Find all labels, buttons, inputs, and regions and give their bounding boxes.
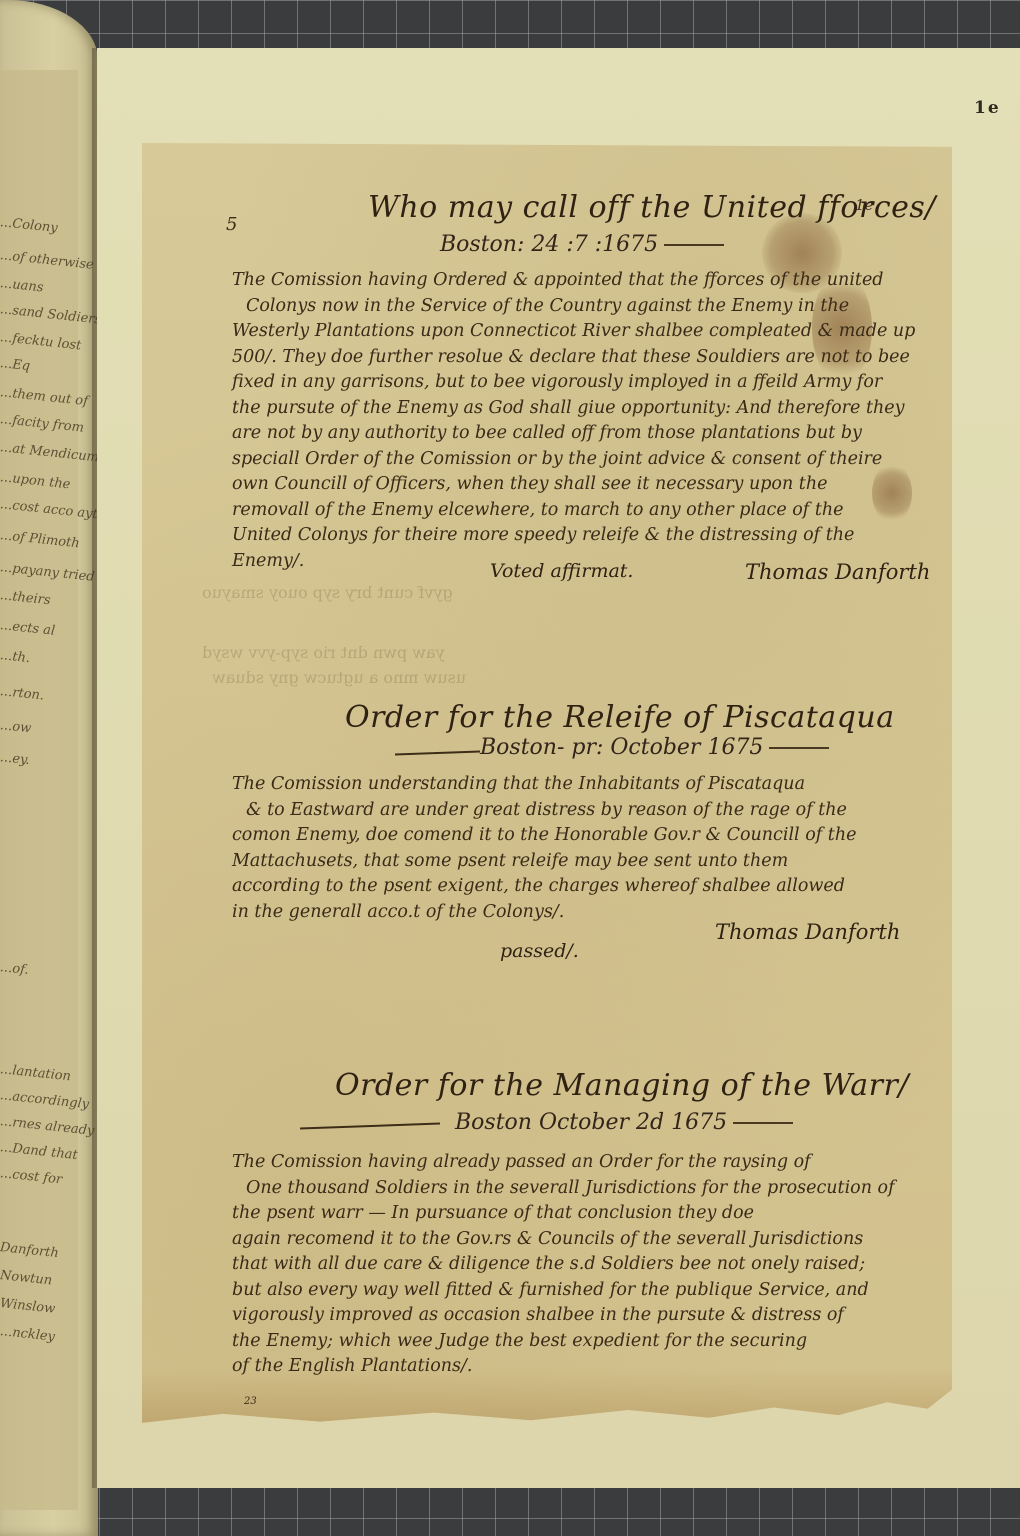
- body-line: The Comission having already passed an O…: [232, 1150, 895, 1176]
- section-2-title: Order for the Releife of Piscataqua: [345, 700, 895, 735]
- bleed-through-text: yaw pwn dnt rio syp-yvv wsyd: [202, 643, 445, 662]
- leaf-corner-number: 5: [226, 214, 237, 235]
- section-1-signature: Thomas Danforth: [745, 560, 930, 584]
- date-flourish: [769, 747, 829, 749]
- section-3-title: Order for the Managing of the Warr/: [335, 1068, 909, 1103]
- body-line: again recomend it to the Gov.rs & Counci…: [232, 1227, 895, 1253]
- body-line: the pursute of the Enemy as God shall gi…: [232, 396, 915, 422]
- folio-mark: 23: [244, 1396, 257, 1407]
- bleed-through-text: gyvf cunt bry syp ouoy smayuo: [202, 583, 453, 602]
- section-1-title: Who may call off the United fforces/: [368, 190, 936, 225]
- archive-page-stamp: 1e: [974, 98, 1001, 118]
- body-line: 500/. They doe further resolue & declare…: [232, 345, 915, 371]
- section-3-dateline: Boston October 2d 1675: [455, 1110, 793, 1135]
- section-2-body: The Comission understanding that the Inh…: [232, 772, 856, 925]
- body-line: Westerly Plantations upon Connecticot Ri…: [232, 319, 915, 345]
- body-line: & to Eastward are under great distress b…: [232, 798, 856, 824]
- body-line: speciall Order of the Comission or by th…: [232, 447, 915, 473]
- bleed-through-text: usuw mno a ugtucw gny sduaw: [212, 668, 466, 687]
- section-1-vote: Voted affirmat.: [490, 560, 633, 582]
- body-line: but also every way well fitted & furnish…: [232, 1278, 895, 1304]
- facing-page-left: ...Colony ...of otherwise ...uans ...san…: [0, 0, 98, 1536]
- section-3-date-text: Boston October 2d 1675: [455, 1110, 727, 1135]
- body-line: comon Enemy, doe comend it to the Honora…: [232, 823, 856, 849]
- body-line: The Comission having Ordered & appointed…: [232, 268, 915, 294]
- body-line: the Enemy; which wee Judge the best expe…: [232, 1329, 895, 1355]
- body-line: removall of the Enemy elcewhere, to marc…: [232, 498, 915, 524]
- body-line: that with all due care & diligence the s…: [232, 1252, 895, 1278]
- section-1-date-text: Boston: 24 :7 :1675: [440, 232, 658, 257]
- section-1-body: The Comission having Ordered & appointed…: [232, 268, 915, 574]
- section-2-vote: passed/.: [500, 940, 579, 962]
- section-3-body: The Comission having already passed an O…: [232, 1150, 895, 1380]
- body-line: fixed in any garrisons, but to bee vigor…: [232, 370, 915, 396]
- body-line: the psent warr — In pursuance of that co…: [232, 1201, 895, 1227]
- section-1-dateline: Boston: 24 :7 :1675: [440, 232, 724, 257]
- section-2-dateline: Boston- pr: October 1675: [480, 735, 829, 760]
- section-2-signature: Thomas Danforth: [715, 920, 900, 944]
- body-line: The Comission understanding that the Inh…: [232, 772, 856, 798]
- body-line: Mattachusets, that some psent releife ma…: [232, 849, 856, 875]
- body-line: of the English Plantations/.: [232, 1354, 895, 1380]
- date-flourish: [664, 244, 724, 246]
- body-line: vigorously improved as occasion shalbee …: [232, 1303, 895, 1329]
- body-line: Colonys now in the Service of the Countr…: [232, 294, 915, 320]
- section-2-date-text: Boston- pr: October 1675: [480, 735, 763, 760]
- body-line: are not by any authority to bee called o…: [232, 421, 915, 447]
- date-flourish: [733, 1122, 793, 1124]
- body-line: United Colonys for theire more speedy re…: [232, 523, 915, 549]
- body-line: according to the psent exigent, the char…: [232, 874, 856, 900]
- body-line: own Councill of Officers, when they shal…: [232, 472, 915, 498]
- body-line: One thousand Soldiers in the severall Ju…: [232, 1176, 895, 1202]
